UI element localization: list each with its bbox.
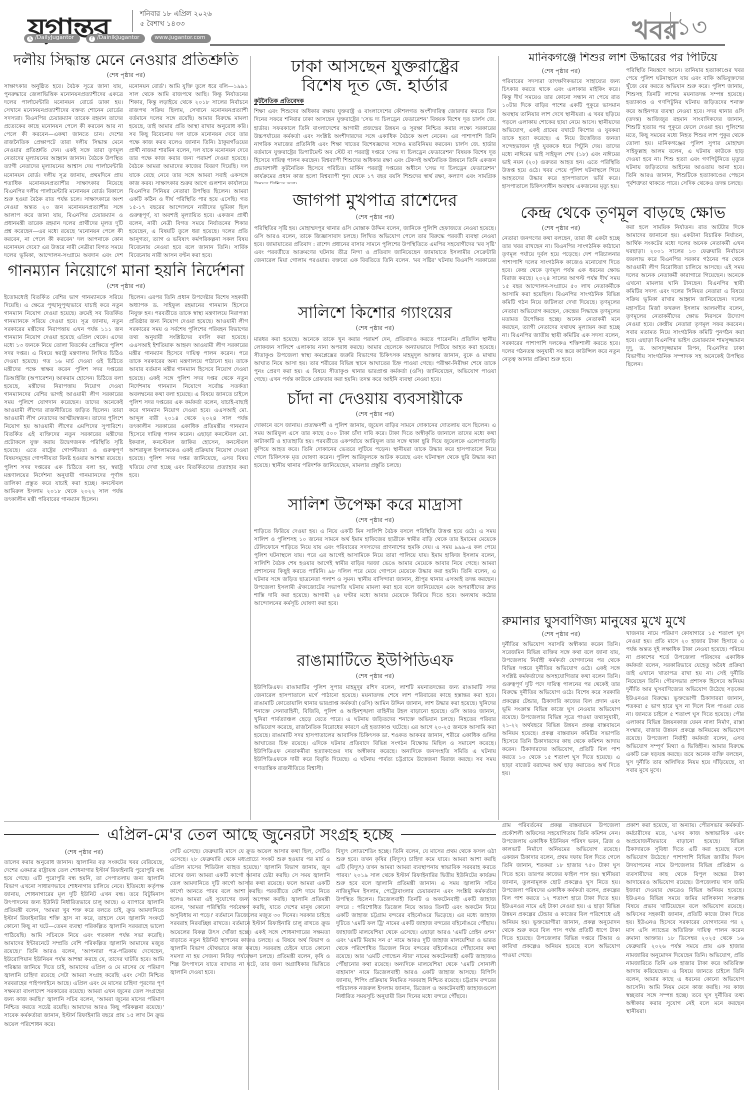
facebook-icon: f	[89, 36, 95, 42]
headline[interactable]: রুমানার ঘুসবাণিজ্য মানুষের মুখে মুখে	[502, 614, 744, 628]
date-gregorian: শনিবার ১৮ এপ্রিল ২০২৬	[140, 9, 212, 19]
story-body: শিক্ষা এবং শিশুদের অধিকার রক্ষায় যুক্তর…	[254, 108, 496, 184]
story-text: তালেব করার অনুরোধ জানান। জ্বালানির বড় স…	[4, 859, 164, 1029]
story-body: মারধর করা হয়েছে। অনেকে তাকে খুন করার পর…	[254, 336, 496, 390]
story-column: সাক্ষাৎকার অনুষ্ঠিত হবে। বৈঠক সূত্রে জান…	[4, 83, 123, 260]
headline[interactable]: রাঙামাটিতে ইউপিডিএফ	[254, 652, 496, 670]
headline-rule-left	[4, 834, 99, 835]
social-link-facebook[interactable]: f/DainikJugantor	[86, 34, 145, 43]
story-body: দোকানে বসে জানায়। প্রত্যক্ষদর্শী ও পুলি…	[254, 422, 496, 496]
headline[interactable]: এপ্রিল-মে'র তেল আছে জুনেরটা সংগ্রহ হচ্ছে	[107, 826, 393, 844]
story-kendro-theke[interactable]: কেন্দ্র থেকে তৃণমূল বাড়ছে ক্ষোভ (শেষ পৃ…	[502, 204, 744, 597]
continued-note: (শেষ পৃষ্ঠার পর)	[4, 70, 248, 81]
column-rule	[498, 870, 499, 1090]
story-body: ইউপিডিএফ। রাঙামাটির পুলিশ সুপার মাহমুদুর…	[254, 684, 496, 818]
continued-note: (শেষ পৃষ্ঠার পর)	[4, 849, 164, 857]
story-column: ছিলেন। এরপর তিনি প্রধান উপদেষ্টার বিশেষ …	[129, 294, 248, 818]
story-manikganj[interactable]: মানিকগঞ্জে শিশুর লাশ উদ্ধারের পর পিটিয়ে…	[502, 52, 744, 204]
section-divider	[670, 12, 671, 36]
x-icon: 𝕏	[27, 36, 33, 42]
continued-note: (শেষ পৃষ্ঠার পর)	[254, 671, 496, 682]
headline-line-2[interactable]: বিশেষ দূত জে. হার্ডার	[254, 77, 496, 96]
story-rumana-continued[interactable]: গ্রাম পরিবর্তনের প্রকল্প বাস্তবায়নে উপজ…	[502, 822, 744, 1090]
social-links: 𝕏/DailyJugantor f/DainikJugantor www.jug…	[24, 34, 211, 43]
story-dolio-siddhanto[interactable]: দলীয় সিদ্ধান্ত মেনে নেওয়ার প্রতিশ্রুতি…	[4, 52, 248, 259]
section-title: খবর	[632, 10, 678, 54]
headline[interactable]: কেন্দ্র থেকে তৃণমূল বাড়ছে ক্ষোভ	[502, 204, 744, 222]
story-rangamati[interactable]: রাঙামাটিতে ইউপিডিএফ (শেষ পৃষ্ঠার পর) ইউপ…	[254, 652, 496, 818]
column-rule	[250, 56, 251, 820]
continued-note: (শেষ পৃষ্ঠার পর)	[502, 68, 620, 76]
story-column: মনোনয়ন বোর্ড'। আমি যুক্তি তুলে ধরে বলি—…	[129, 83, 248, 260]
continued-note: (শেষ পৃষ্ঠার পর)	[254, 515, 496, 526]
story-gunman-niyoge[interactable]: গানম্যান নিয়োগে মানা হয়নি নির্দেশনা (শ…	[4, 262, 248, 818]
story-column: (শেষ পৃষ্ঠার পর) নেতারা জনগণের কথা বলছেন…	[502, 224, 620, 594]
headline[interactable]: সালিশে কিশোর গ্যাংয়ের	[254, 304, 496, 322]
story-body: পরিস্থিতির সৃষ্টি হয়। মোহাম্মদপুর থানার…	[254, 225, 496, 262]
story-rumanar-ghus[interactable]: রুমানার ঘুসবাণিজ্য মানুষের মুখে মুখে (শে…	[502, 614, 744, 820]
continued-note: (শেষ পৃষ্ঠার পর)	[502, 225, 620, 233]
story-column: প্রকাশ করা হয়েছে, যা অন্যায়। পৌরসভার ক…	[626, 822, 744, 1090]
continued-note: (শেষ পৃষ্ঠার পর)	[254, 323, 496, 334]
continued-note: (শেষ পৃষ্ঠার পর)	[254, 409, 496, 420]
story-column: (শেষ পৃষ্ঠার পর) তালেব করার অনুরোধ জানান…	[4, 848, 164, 1090]
headline[interactable]: দলীয় সিদ্ধান্ত মেনে নেওয়ার প্রতিশ্রুতি	[4, 52, 248, 69]
masthead: যুগান্তর শনিবার ১৮ এপ্রিল ২০২৬ ৫ বৈশাখ ১…	[0, 0, 748, 56]
story-column: করা হলে সাময়িক নির্যাতন। রাত আটটার দিকে…	[626, 224, 744, 594]
newspaper-logo[interactable]: যুগান্তর	[28, 8, 109, 52]
byline: কূটনৈতিক প্রতিবেদক	[254, 96, 496, 107]
story-column: গ্রাম পরিবর্তনের প্রকল্প বাস্তবায়নে উপজ…	[502, 822, 620, 1090]
headline[interactable]: গানম্যান নিয়োগে মানা হয়নি নির্দেশনা	[4, 262, 248, 280]
column-rule	[498, 56, 499, 820]
story-text: নেতারা জনগণের কথা বলছেন, তারা কী একটা হচ…	[502, 235, 620, 365]
story-column: (শেষ পৃষ্ঠার পর) দুর্নীতির অভিযোগ সরাসরি…	[502, 630, 620, 816]
story-jagpa[interactable]: জাগপা মুখপাত্র রাশেদের (শেষ পৃষ্ঠার পর) …	[254, 192, 496, 262]
headline[interactable]: চাঁদা না দেওয়ায় ব্যবসায়ীকে	[254, 390, 496, 408]
social-link-x[interactable]: 𝕏/DailyJugantor	[24, 34, 80, 43]
headline[interactable]: জাগপা মুখপাত্র রাশেদের	[254, 192, 496, 211]
headline-rule-right	[401, 834, 496, 835]
story-dhaka-aschen[interactable]: ঢাকা আসছেন যুক্তরাষ্ট্রের বিশেষ দূত জে. …	[254, 58, 496, 190]
story-salishe-kishor[interactable]: সালিশে কিশোর গ্যাংয়ের (শেষ পৃষ্ঠার পর) …	[254, 304, 496, 390]
story-column: (শেষ পৃষ্ঠার পর) পরিবারের সদস্যরা তাৎক্ষ…	[502, 67, 620, 201]
logo-divider	[132, 10, 133, 32]
headline[interactable]: সালিশ উপেক্ষা করে মাদ্রাসা	[254, 496, 496, 514]
story-salish-upekkha[interactable]: সালিশ উপেক্ষা করে মাদ্রাসা (শেষ পৃষ্ঠার …	[254, 496, 496, 648]
banner-headline-row: এপ্রিল-মে'র তেল আছে জুনেরটা সংগ্রহ হচ্ছে	[4, 826, 496, 844]
date-bengali: ৫ বৈশাখ ১৪৩৩	[140, 19, 212, 29]
dateline: শনিবার ১৮ এপ্রিল ২০২৬ ৫ বৈশাখ ১৪৩৩	[140, 9, 212, 29]
story-april-mayer-tel[interactable]: এপ্রিল-মে'র তেল আছে জুনেরটা সংগ্রহ হচ্ছে…	[4, 826, 496, 1092]
continued-note: (শেষ পৃষ্ঠার পর)	[4, 281, 248, 292]
story-column: বিদ্যুৎ লোডশেডিং হচ্ছে। তিনি বলেন, যে মা…	[336, 848, 496, 1090]
story-body: শাড়িতে ফিরিয়ে দেওয়া হয়। এ নিয়ে একটি…	[254, 528, 496, 648]
continued-note: (শেষ পৃষ্ঠার পর)	[502, 631, 620, 639]
section-rule	[4, 821, 744, 822]
page-number: ১৩	[676, 9, 707, 49]
story-chanda[interactable]: চাঁদা না দেওয়ায় ব্যবসায়ীকে (শেষ পৃষ্ঠ…	[254, 390, 496, 496]
social-link-website[interactable]: www.jugantor.com	[151, 34, 211, 43]
story-text: পরিবারের সদস্যরা তাৎক্ষণিকভাবে সাহায্যের…	[502, 78, 620, 191]
headline[interactable]: মানিকগঞ্জে শিশুর লাশ উদ্ধারের পর পিটিয়ে	[502, 52, 744, 64]
story-column: ইতোমধ্যেই বিতর্কিত বেশির ভাগ গানম্যানকে …	[4, 294, 123, 818]
continued-note: (শেষ পৃষ্ঠার পর)	[254, 212, 496, 223]
story-column: পরিস্থিতি নিয়ন্ত্রণে আনে। তানিয়ার হত্য…	[626, 67, 744, 201]
story-column: সেটি এসেছে। ফেব্রুয়ারি মাসে যে ক্রুড অয…	[170, 848, 330, 1090]
headline-line-1[interactable]: ঢাকা আসছেন যুক্তরাষ্ট্রের	[254, 58, 496, 77]
story-column: খাজনার নামে পরিমাণ কোষাগারে ১৫ শতাংশ ঘুস…	[626, 630, 744, 816]
story-text: দুর্নীতির অভিযোগ সরাসরি অস্বীকার করেন তি…	[502, 641, 620, 779]
